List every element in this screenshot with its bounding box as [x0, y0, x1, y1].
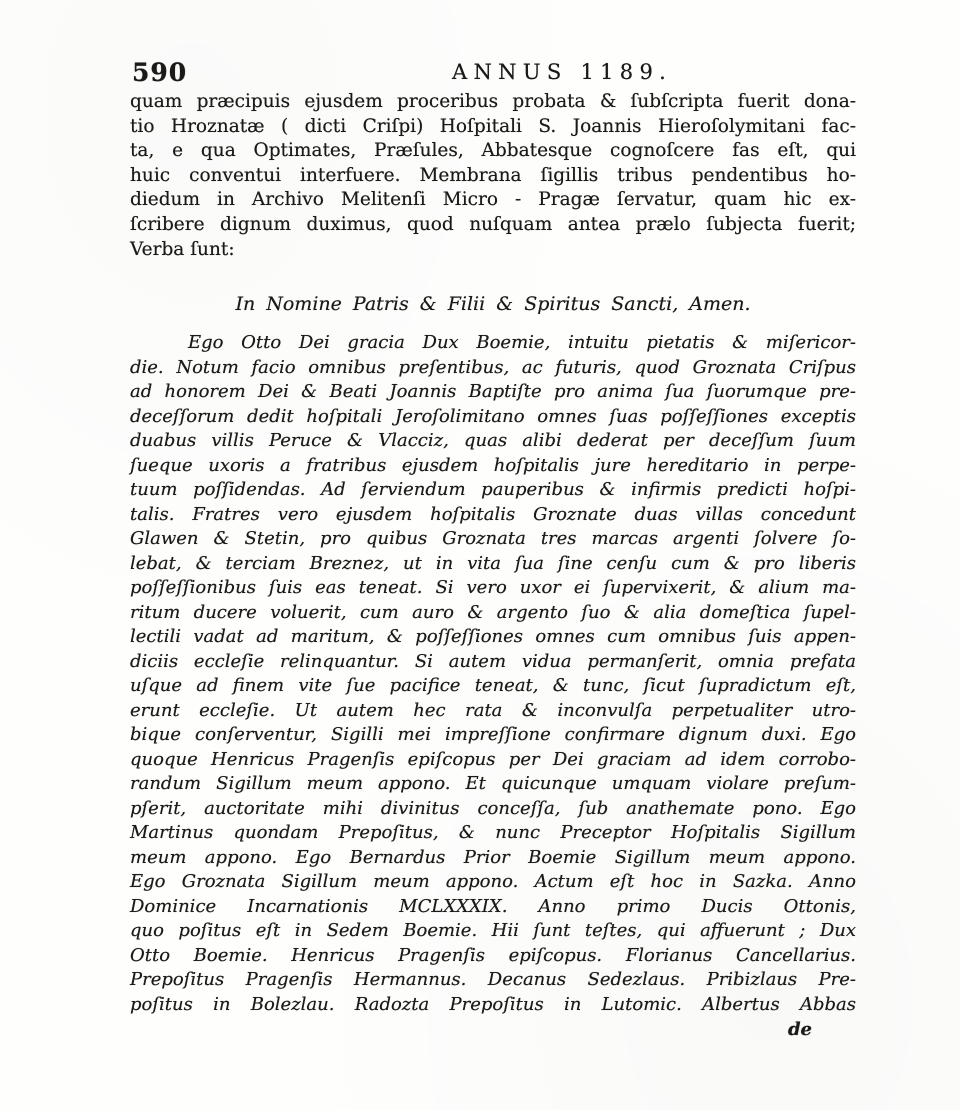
- text-line: ta, e qua Optimates, Præſules, Abbatesqu…: [130, 139, 856, 164]
- text-line: Ego Otto Dei gracia Dux Boemie, intuitu …: [130, 331, 856, 356]
- text-line: tio Hroznatæ ( dicti Criſpi) Hoſpitali S…: [130, 115, 856, 140]
- text-line: Glawen & Stetin, pro quibus Groznata tre…: [130, 527, 856, 552]
- text-line: die. Notum facio omnibus preſentibus, ac…: [130, 356, 856, 381]
- text-line: Otto Boemie. Henricus Pragenſis epiſcopu…: [130, 944, 856, 969]
- text-line: quo poſitus eſt in Sedem Boemie. Hii ſun…: [130, 919, 856, 944]
- text-line: talis. Fratres vero ejusdem hoſpitalis G…: [130, 503, 856, 528]
- text-line: meum appono. Ego Bernardus Prior Boemie …: [130, 846, 856, 871]
- catchword: de: [788, 1019, 812, 1040]
- text-line: ritum ducere voluerit, cum auro & argent…: [130, 601, 856, 626]
- text-line: tuum poſſidendas. Ad ſerviendum pauperib…: [130, 478, 856, 503]
- text-line: quam præcipuis ejusdem proceribus probat…: [130, 90, 856, 115]
- text-line: ſueque uxoris a fratribus ejusdem hoſpit…: [130, 454, 856, 479]
- text-line: Ego Groznata Sigillum meum appono. Actum…: [130, 870, 856, 895]
- charter-paragraph: Ego Otto Dei gracia Dux Boemie, intuitu …: [130, 331, 856, 1017]
- text-line: Martinus quondam Prepoſitus, & nunc Prec…: [130, 821, 856, 846]
- text-line: deceſſorum dedit hoſpitali Jeroſolimitan…: [130, 405, 856, 430]
- text-line: Verba ſunt:: [130, 238, 856, 263]
- catchword-row: de: [130, 1018, 856, 1042]
- text-block: quam præcipuis ejusdem proceribus probat…: [130, 90, 856, 1042]
- text-line: poſitus in Bolezlau. Radozta Prepoſitus …: [130, 993, 856, 1018]
- text-line: lectili vadat ad maritum, & poſſeſſiones…: [130, 625, 856, 650]
- page-number: 590: [132, 58, 187, 87]
- text-line: Dominice Incarnationis MCLXXXIX. Anno pr…: [130, 895, 856, 920]
- charter-heading: In Nomine Patris & Filii & Spiritus Sanc…: [130, 293, 856, 315]
- text-line: pſerit, auctoritate mihi divinitus conce…: [130, 797, 856, 822]
- text-line: ad honorem Dei & Beati Joannis Baptiſte …: [130, 380, 856, 405]
- page-header: 590 ANNUS 1189.: [130, 56, 856, 92]
- intro-paragraph: quam præcipuis ejusdem proceribus probat…: [130, 90, 856, 262]
- text-line: ſcribere dignum duximus, quod nuſquam an…: [130, 213, 856, 238]
- text-line: duabus villis Peruce & Vlacciz, quas ali…: [130, 429, 856, 454]
- text-line: poſſeſſionibus ſuis eas teneat. Si vero …: [130, 576, 856, 601]
- text-line: Prepoſitus Pragenſis Hermannus. Decanus …: [130, 968, 856, 993]
- text-line: randum Sigillum meum appono. Et quicunqu…: [130, 772, 856, 797]
- text-line: uſque ad finem vite ſue pacifice teneat,…: [130, 674, 856, 699]
- text-line: diedum in Archivo Melitenſi Micro - Prag…: [130, 188, 856, 213]
- text-line: lebat, & terciam Breznez, ut in vita ſua…: [130, 552, 856, 577]
- text-line: quoque Henricus Pragenſis epiſcopus per …: [130, 748, 856, 773]
- text-line: bique conſerventur, Sigilli mei impreſſi…: [130, 723, 856, 748]
- running-title: ANNUS 1189.: [452, 60, 672, 84]
- text-line: huic conventui interfuere. Membrana ſigi…: [130, 164, 856, 189]
- text-line: diciis eccleſie relinquantur. Si autem v…: [130, 650, 856, 675]
- text-line: erunt eccleſie. Ut autem hec rata & inco…: [130, 699, 856, 724]
- book-page-scan: 590 ANNUS 1189. quam præcipuis ejusdem p…: [0, 0, 960, 1110]
